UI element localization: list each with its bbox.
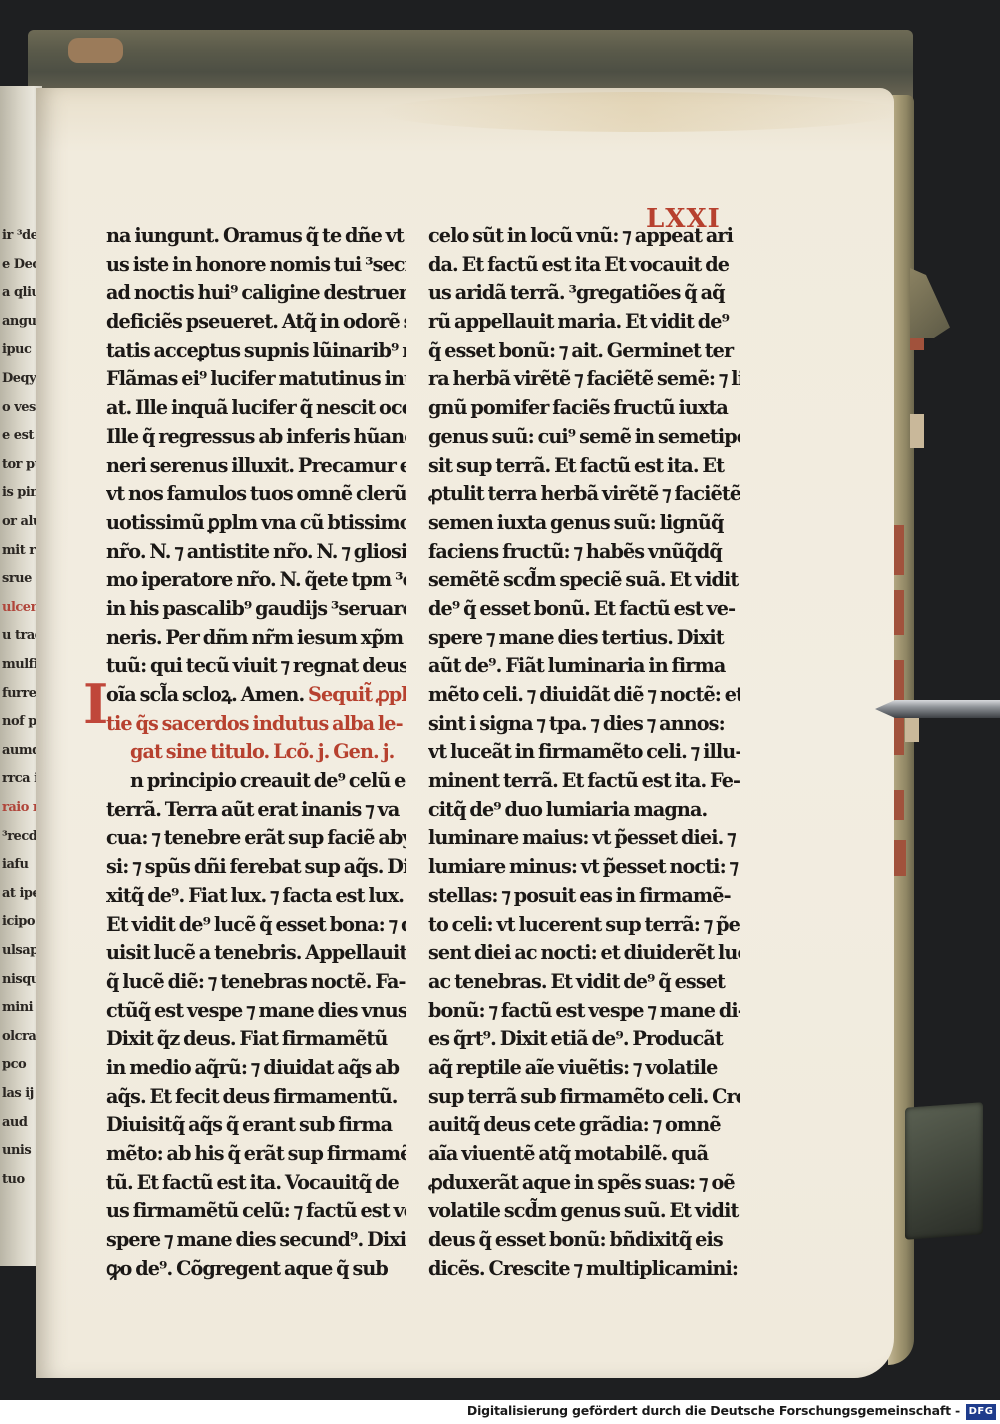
text-line: us iste in honore nomis tui ³secratus <box>106 251 406 280</box>
text-line: sup terrã sub firmamẽto celi. Cre <box>428 1083 740 1112</box>
line-text: semẽtẽ scd̃m speciẽ suã. Et vidit <box>428 568 738 591</box>
text-line: mo iperatore nr̃o. N. q̃ete tpm ³cessa <box>106 566 406 595</box>
line-text: semen iuxta genus suũ: lignũq̃ <box>428 511 724 534</box>
text-line: us firmamẽtũ celũ: ⁊ factũ est ve <box>106 1197 406 1226</box>
text-line: rũ appellauit maria. Et vidit de⁹ <box>428 308 740 337</box>
text-line: to celi: vt lucerent sup terrã: ⁊ p̃es <box>428 911 740 940</box>
clasp-top <box>910 268 950 338</box>
line-text: sit sup terrã. Et factũ est ita. Et <box>428 454 724 477</box>
text-line: deficiẽs pseueret. Atq̃ in odorẽ suaui <box>106 308 406 337</box>
book-scan: ir ³deie Decca qliusanguiipucDeqyo vesti… <box>0 0 1000 1400</box>
line-text: de⁹ q̃ esset bonũ. Et factũ est ve- <box>428 597 735 620</box>
line-text: vt luceãt in firmamẽto celi. ⁊ illu- <box>428 740 740 763</box>
text-line: ꝙo de⁹. Cõgregent aque q̃ sub <box>106 1255 406 1284</box>
line-text: neri serenus illuxit. Precamur ergo te d… <box>106 454 406 477</box>
text-line: n principio creauit de⁹ celũ et <box>106 767 406 796</box>
text-line: in his pascalib⁹ gaudijs ³seruare dig <box>106 595 406 624</box>
line-text: ctũq̃ est vespe ⁊ mane dies vnus <box>106 999 406 1022</box>
text-line: in medio aq̃rũ: ⁊ diuidat aq̃s ab <box>106 1054 406 1083</box>
text-line: lumiare minus: vt p̃esset nocti: ⁊ <box>428 853 740 882</box>
line-text: oĩa scl̃a scloꝝ. Amen. <box>106 683 304 706</box>
text-line: Dixit q̃z deus. Fiat firmamẽtũ <box>106 1025 406 1054</box>
line-text: Dixit q̃z deus. Fiat firmamẽtũ <box>106 1027 387 1050</box>
verso-text-fragment: unis <box>2 1141 31 1162</box>
line-text: aq̃s. Et fecit deus firmamentũ. <box>106 1085 398 1108</box>
line-text: rũ appellauit maria. Et vidit de⁹ <box>428 310 729 333</box>
verso-text-fragment: aud <box>2 1113 27 1134</box>
dfg-logo: DFG <box>966 1404 996 1420</box>
line-text: tatis acceꝑtus supnis lũinarib⁹ misceat <box>106 339 406 362</box>
text-line: aĩa viuentẽ atq̃ motabilẽ. quã <box>428 1140 740 1169</box>
line-text: n principio creauit de⁹ celũ et <box>130 769 406 792</box>
line-text: lumiare minus: vt p̃esset nocti: ⁊ <box>428 855 738 878</box>
water-stain <box>380 92 900 132</box>
text-line: terrã. Terra aũt erat inanis ⁊ va <box>106 796 406 825</box>
line-text: sup terrã sub firmamẽto celi. Cre <box>428 1085 740 1108</box>
line-text: da. Et factũ est ita Et vocauit de <box>428 253 729 276</box>
line-text: ꝙo de⁹. Cõgregent aque q̃ sub <box>106 1257 388 1280</box>
text-line: es q̃rt⁹. Dixit etiã de⁹. Producãt <box>428 1025 740 1054</box>
line-text: terrã. Terra aũt erat inanis ⁊ va <box>106 798 399 821</box>
line-text: vt nos famulos tuos omnẽ clerũ ⁊ de <box>106 482 406 505</box>
line-text: dicẽs. Crescite ⁊ multiplicamini: <box>428 1257 738 1280</box>
text-line: deus q̃ esset bonũ: bñdixitq̃ eis <box>428 1226 740 1255</box>
text-line: tũ. Et factũ est ita. Vocauitq̃ de <box>106 1169 406 1198</box>
verso-text-fragment: ³recd <box>2 827 37 848</box>
rubric-text: tie q̃s sacerdos indutus alba le- <box>106 712 403 735</box>
verso-text-fragment: at ipe <box>2 884 40 905</box>
text-line: gnũ pomifer faciẽs fructũ iuxta <box>428 394 740 423</box>
verso-text-fragment: tuo <box>2 1170 25 1191</box>
line-text: Diuisitq̃ aq̃s q̃ erant sub firma <box>106 1113 392 1136</box>
line-text: auitq̃ deus cete grãdia: ⁊ omnẽ <box>428 1113 721 1136</box>
text-line: sent diei ac nocti: et diuiderẽt lucẽ <box>428 939 740 968</box>
text-line: citq̃ de⁹ duo lumiaria magna. <box>428 796 740 825</box>
text-line: volatile scd̃m genus suũ. Et vidit <box>428 1197 740 1226</box>
text-line: sit sup terrã. Et factũ est ita. Et <box>428 452 740 481</box>
line-text: faciens fructũ: ⁊ habẽs vnũq̃dq̃ <box>428 540 722 563</box>
text-column-left: na iungunt. Oramus q̃ te dñe vt cereus i… <box>106 222 406 1283</box>
line-text: mo iperatore nr̃o. N. q̃ete tpm ³cessa <box>106 568 406 591</box>
text-line: spere ⁊ mane dies tertius. Dixit <box>428 624 740 653</box>
rubric-text: Sequit̃ ꝓphe <box>304 683 406 706</box>
line-text: aũt de⁹. Fiãt luminaria in firma <box>428 654 725 677</box>
line-text: mẽto: ab his q̃ erãt sup firmamẽ <box>106 1142 406 1165</box>
digitization-credit-bar: Digitalisierung gefördert durch die Deut… <box>0 1400 1000 1424</box>
text-line: xitq̃ de⁹. Fiat lux. ⁊ facta est lux. <box>106 882 406 911</box>
line-text: ꝓduxerãt aque in spẽs suas: ⁊ oẽ <box>428 1171 735 1194</box>
verso-text-fragment: nisqu <box>2 970 40 991</box>
line-text: deus q̃ esset bonũ: bñdixitq̃ eis <box>428 1228 723 1251</box>
verso-text-fragment: pco <box>2 1055 26 1076</box>
text-line: neri serenus illuxit. Precamur ergo te d… <box>106 452 406 481</box>
line-text: ad noctis hui⁹ caligine destruendã in <box>106 281 406 304</box>
verso-text-fragment: aumd <box>2 741 41 762</box>
text-line: minent terrã. Et factũ est ita. Fe- <box>428 767 740 796</box>
line-text: celo sũt in locũ vnũ: ⁊ appeat ari <box>428 224 733 247</box>
line-text: volatile scd̃m genus suũ. Et vidit <box>428 1199 738 1222</box>
line-text: aq̃ reptile aĩe viuẽtis: ⁊ volatile <box>428 1056 717 1079</box>
line-text: in medio aq̃rũ: ⁊ diuidat aq̃s ab <box>106 1056 399 1079</box>
rubric-text: gat sine titulo. Lcõ. j. Gen. j. <box>130 740 394 763</box>
line-text: es q̃rt⁹. Dixit etiã de⁹. Producãt <box>428 1027 723 1050</box>
text-line: us aridã terrã. ³gregatiões q̃ aq̃ <box>428 279 740 308</box>
text-line: ra herbã virẽtẽ ⁊ faciẽtẽ semẽ: ⁊ li- <box>428 365 740 394</box>
text-line: vt nos famulos tuos omnẽ clerũ ⁊ de <box>106 480 406 509</box>
line-text: cua: ⁊ tenebre erãt sup faciẽ abys <box>106 826 406 849</box>
credit-text: Digitalisierung gefördert durch die Deut… <box>467 1403 960 1418</box>
text-line: tie q̃s sacerdos indutus alba le- <box>106 710 406 739</box>
line-text: na iungunt. Oramus q̃ te dñe vt cere <box>106 224 406 247</box>
line-text: q̃ lucẽ diẽ: ⁊ tenebras noctẽ. Fa- <box>106 970 406 993</box>
text-line: Ille q̃ regressus ab inferis hũano ge- <box>106 423 406 452</box>
verso-text-fragment: iafu <box>2 855 28 876</box>
line-text: us aridã terrã. ³gregatiões q̃ aq̃ <box>428 281 725 304</box>
line-text: us firmamẽtũ celũ: ⁊ factũ est ve <box>106 1199 406 1222</box>
text-line: luminare maius: vt p̃esset diei. ⁊ <box>428 824 740 853</box>
text-line: genus suũ: cui⁹ semẽ in semetipo <box>428 423 740 452</box>
verso-text-fragment: nof p <box>2 712 37 733</box>
line-text: Flãmas ei⁹ lucifer matutinus inueni <box>106 367 406 390</box>
text-line: tatis acceꝑtus supnis lũinarib⁹ misceat <box>106 337 406 366</box>
verso-text-fragment: las ij <box>2 1084 34 1105</box>
line-text: Ille q̃ regressus ab inferis hũano ge- <box>106 425 406 448</box>
text-line: uisit lucẽ a tenebris. Appellauit- <box>106 939 406 968</box>
text-line: tuũ: qui tecũ viuit ⁊ regnat deus. Per <box>106 652 406 681</box>
text-line: celo sũt in locũ vnũ: ⁊ appeat ari <box>428 222 740 251</box>
text-line: Et vidit de⁹ lucẽ q̃ esset bona: ⁊ di <box>106 911 406 940</box>
text-line: da. Et factũ est ita Et vocauit de <box>428 251 740 280</box>
page-tab <box>892 840 906 876</box>
text-line: q̃ lucẽ diẽ: ⁊ tenebras noctẽ. Fa- <box>106 968 406 997</box>
text-line: mẽto celi. ⁊ diuidãt diẽ ⁊ noctẽ: et <box>428 681 740 710</box>
text-line: nr̃o. N. ⁊ antistite nr̃o. N. ⁊ gliosiss… <box>106 538 406 567</box>
verso-text-fragment: olcra <box>2 1027 36 1048</box>
line-text: aĩa viuentẽ atq̃ motabilẽ. quã <box>428 1142 708 1165</box>
text-line: ꝓtulit terra herbã virẽtẽ ⁊ faciẽtẽ <box>428 480 740 509</box>
text-column-right: celo sũt in locũ vnũ: ⁊ appeat arida. Et… <box>428 222 740 1283</box>
line-text: spere ⁊ mane dies secund⁹. Dixit <box>106 1228 406 1251</box>
text-line: ꝓduxerãt aque in spẽs suas: ⁊ oẽ <box>428 1169 740 1198</box>
line-text: to celi: vt lucerent sup terrã: ⁊ p̃es <box>428 913 740 936</box>
clasp-bottom <box>905 1102 983 1239</box>
text-line: aq̃ reptile aĩe viuẽtis: ⁊ volatile <box>428 1054 740 1083</box>
line-text: spere ⁊ mane dies tertius. Dixit <box>428 626 724 649</box>
text-line: semẽtẽ scd̃m speciẽ suã. Et vidit <box>428 566 740 595</box>
text-line: oĩa scl̃a scloꝝ. Amen. Sequit̃ ꝓphe <box>106 681 406 710</box>
line-text: stellas: ⁊ posuit eas in firmamẽ- <box>428 884 731 907</box>
text-line: Diuisitq̃ aq̃s q̃ erant sub firma <box>106 1111 406 1140</box>
line-text: uisit lucẽ a tenebris. Appellauit- <box>106 941 406 964</box>
text-line: ctũq̃ est vespe ⁊ mane dies vnus <box>106 997 406 1026</box>
text-line: dicẽs. Crescite ⁊ multiplicamini: <box>428 1255 740 1284</box>
line-text: nr̃o. N. ⁊ antistite nr̃o. N. ⁊ gliosiss… <box>106 540 406 563</box>
line-text: luminare maius: vt p̃esset diei. ⁊ <box>428 826 736 849</box>
text-line: aũt de⁹. Fiãt luminaria in firma <box>428 652 740 681</box>
text-line: at. Ille inquã lucifer q̃ nescit occasum <box>106 394 406 423</box>
headband <box>68 38 123 63</box>
text-line: na iungunt. Oramus q̃ te dñe vt cere <box>106 222 406 251</box>
text-line: de⁹ q̃ esset bonũ. Et factũ est ve- <box>428 595 740 624</box>
line-text: ac tenebras. Et vidit de⁹ q̃ esset <box>428 970 725 993</box>
line-text: deficiẽs pseueret. Atq̃ in odorẽ suaui <box>106 310 406 333</box>
text-line: si: ⁊ spũs dñi ferebat sup aq̃s. Di <box>106 853 406 882</box>
line-text: mẽto celi. ⁊ diuidãt diẽ ⁊ noctẽ: et <box>428 683 740 706</box>
line-text: in his pascalib⁹ gaudijs ³seruare dig <box>106 597 406 620</box>
line-text: bonũ: ⁊ factũ est vespe ⁊ mane di- <box>428 999 740 1022</box>
line-text: tuũ: qui tecũ viuit ⁊ regnat deus. Per <box>106 654 406 677</box>
text-line: bonũ: ⁊ factũ est vespe ⁊ mane di- <box>428 997 740 1026</box>
line-text: at. Ille inquã lucifer q̃ nescit occasum <box>106 396 406 419</box>
line-text: ꝓtulit terra herbã virẽtẽ ⁊ faciẽtẽ <box>428 482 740 505</box>
text-line: mẽto: ab his q̃ erãt sup firmamẽ <box>106 1140 406 1169</box>
line-text: gnũ pomifer faciẽs fructũ iuxta <box>428 396 728 419</box>
text-line: aq̃s. Et fecit deus firmamentũ. <box>106 1083 406 1112</box>
text-line: vt luceãt in firmamẽto celi. ⁊ illu- <box>428 738 740 767</box>
line-text: sint i signa ⁊ tpa. ⁊ dies ⁊ annos: <box>428 712 725 735</box>
page-tab <box>910 414 924 448</box>
line-text: Et vidit de⁹ lucẽ q̃ esset bona: ⁊ di <box>106 913 406 936</box>
text-line: ac tenebras. Et vidit de⁹ q̃ esset <box>428 968 740 997</box>
text-line: faciens fructũ: ⁊ habẽs vnũq̃dq̃ <box>428 538 740 567</box>
line-text: sent diei ac nocti: et diuiderẽt lucẽ <box>428 941 740 964</box>
text-line: ad noctis hui⁹ caligine destruendã in <box>106 279 406 308</box>
text-line: auitq̃ deus cete grãdia: ⁊ omnẽ <box>428 1111 740 1140</box>
verso-text-fragment: ulsap <box>2 941 39 962</box>
line-text: neris. Per dñm nr̃m iesum xp̃m filiũ <box>106 626 406 649</box>
line-text: us iste in honore nomis tui ³secratus <box>106 253 406 276</box>
page-pointer-rod <box>875 700 1000 718</box>
line-text: tũ. Et factũ est ita. Vocauitq̃ de <box>106 1171 399 1194</box>
line-text: minent terrã. Et factũ est ita. Fe- <box>428 769 740 792</box>
line-text: q̃ esset bonũ: ⁊ ait. Germinet ter <box>428 339 733 362</box>
verso-text-fragment: is pin <box>2 483 39 504</box>
text-line: gat sine titulo. Lcõ. j. Gen. j. <box>106 738 406 767</box>
text-line: Flãmas ei⁹ lucifer matutinus inueni <box>106 365 406 394</box>
text-line: stellas: ⁊ posuit eas in firmamẽ- <box>428 882 740 911</box>
text-line: neris. Per dñm nr̃m iesum xp̃m filiũ <box>106 624 406 653</box>
text-line: cua: ⁊ tenebre erãt sup faciẽ abys <box>106 824 406 853</box>
line-text: genus suũ: cui⁹ semẽ in semetipo <box>428 425 740 448</box>
line-text: ra herbã virẽtẽ ⁊ faciẽtẽ semẽ: ⁊ li- <box>428 367 740 390</box>
text-line: semen iuxta genus suũ: lignũq̃ <box>428 509 740 538</box>
text-line: uotissimũ ꝑplm vna cũ btissimo papa <box>106 509 406 538</box>
line-text: xitq̃ de⁹. Fiat lux. ⁊ facta est lux. <box>106 884 404 907</box>
verso-text-fragment: icipo <box>2 912 35 933</box>
verso-text-fragment: ipuc <box>2 340 31 361</box>
line-text: uotissimũ ꝑplm vna cũ btissimo papa <box>106 511 406 534</box>
line-text: citq̃ de⁹ duo lumiaria magna. <box>428 798 707 821</box>
text-line: spere ⁊ mane dies secund⁹. Dixit <box>106 1226 406 1255</box>
line-text: si: ⁊ spũs dñi ferebat sup aq̃s. Di <box>106 855 406 878</box>
verso-text-fragment: mini <box>2 998 33 1019</box>
text-line: q̃ esset bonũ: ⁊ ait. Germinet ter <box>428 337 740 366</box>
verso-text-fragment: Deqy <box>2 369 36 390</box>
text-line: sint i signa ⁊ tpa. ⁊ dies ⁊ annos: <box>428 710 740 739</box>
